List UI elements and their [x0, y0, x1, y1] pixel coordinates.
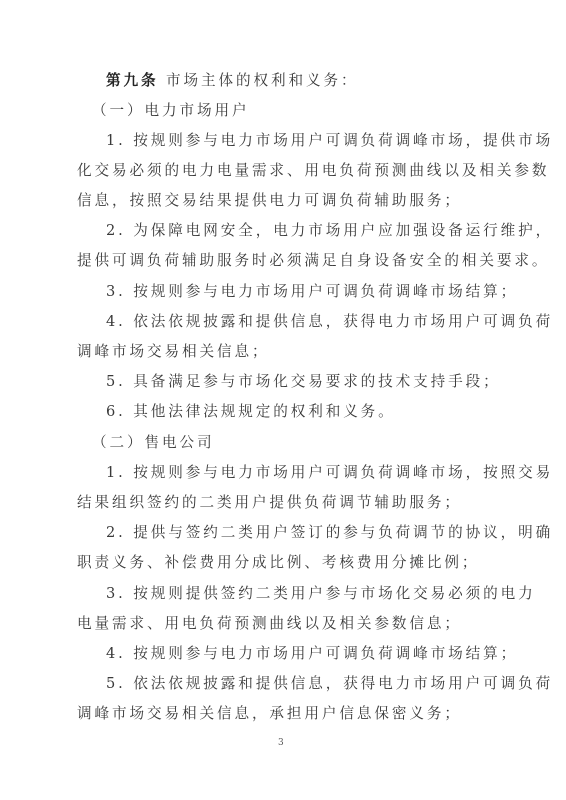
article-title: 市场主体的权利和义务：	[158, 72, 358, 89]
paragraph-line: 1. 按规则参与电力市场用户可调负荷调峰市场，按照交易	[106, 464, 520, 482]
paragraph-line: 结果组织签约的二类用户提供负荷调节辅助服务；	[77, 494, 491, 512]
document-page: 第九条 市场主体的权利和义务： （一）电力市场用户 1. 按规则参与电力市场用户…	[0, 0, 566, 800]
paragraph-line: 调峰市场交易相关信息，承担用户信息保密义务；	[77, 705, 491, 723]
paragraph-line: 提供可调负荷辅助服务时必须满足自身设备安全的相关要求。	[77, 252, 491, 270]
paragraph-line: 4. 按规则参与电力市场用户可调负荷调峰市场结算；	[106, 645, 520, 663]
paragraph-line: 5. 具备满足参与市场化交易要求的技术支持手段；	[106, 373, 520, 391]
paragraph-line: 调峰市场交易相关信息；	[77, 343, 491, 361]
paragraph-line: 1. 按规则参与电力市场用户可调负荷调峰市场，提供市场	[106, 132, 520, 150]
paragraph-line: 4. 依法依规披露和提供信息，获得电力市场用户可调负荷	[106, 313, 520, 331]
page-number: 3	[278, 738, 284, 748]
paragraph-line: 职责义务、补偿费用分成比例、考核费用分摊比例；	[77, 554, 491, 572]
paragraph-line: 3. 按规则参与电力市场用户可调负荷调峰市场结算；	[106, 283, 520, 301]
paragraph-line: 6. 其他法律法规规定的权利和义务。	[106, 403, 520, 421]
section-title-2: （二）售电公司	[92, 434, 506, 452]
paragraph-line: 信息，按照交易结果提供电力可调负荷辅助服务；	[77, 192, 491, 210]
paragraph-line: 电量需求、用电负荷预测曲线以及相关参数信息；	[77, 615, 491, 633]
paragraph-line: 5. 依法依规披露和提供信息，获得电力市场用户可调负荷	[106, 675, 520, 693]
paragraph-line: 3. 按规则提供签约二类用户参与市场化交易必须的电力	[106, 585, 520, 603]
paragraph-line: 化交易必须的电力电量需求、用电负荷预测曲线以及相关参数	[77, 162, 491, 180]
paragraph-line: 2. 为保障电网安全，电力市场用户应加强设备运行维护，	[106, 222, 520, 240]
section-title-1: （一）电力市场用户	[92, 102, 506, 120]
article-heading: 第九条 市场主体的权利和义务：	[106, 72, 520, 90]
paragraph-line: 2. 提供与签约二类用户签订的参与负荷调节的协议，明确	[106, 524, 520, 542]
article-number: 第九条	[106, 72, 158, 89]
